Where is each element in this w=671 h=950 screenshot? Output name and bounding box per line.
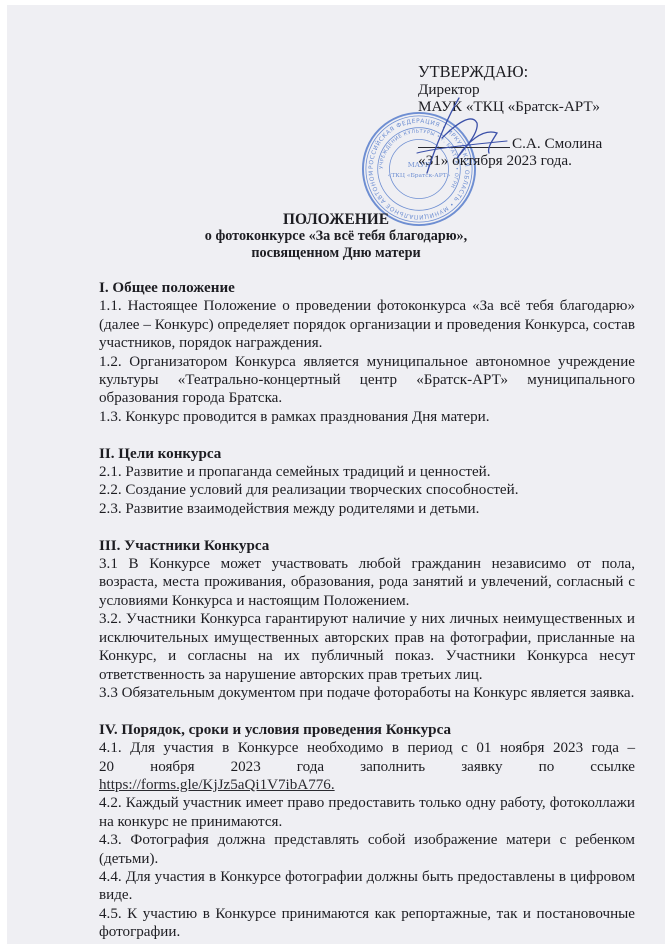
- paragraph-2-2: 2.2. Создание условий для реализации тво…: [99, 481, 635, 499]
- approval-signature-row: С.А. Смолина: [418, 133, 602, 153]
- paragraph-4-1-line-1: 4.1. Для участия в Конкурсе необходимо в…: [99, 739, 635, 757]
- paragraph-4-3: 4.3. Фотография должна представлять собо…: [99, 831, 635, 868]
- approval-signatory: С.А. Смолина: [512, 135, 602, 152]
- title-main: ПОЛОЖЕНИЕ: [7, 211, 665, 228]
- paragraph-2-3: 2.3. Развитие взаимодействия между родит…: [99, 500, 635, 518]
- svg-text:«ТКЦ «Братск-АРТ»: «ТКЦ «Братск-АРТ»: [388, 173, 451, 179]
- paragraph-2-1: 2.1. Развитие и пропаганда семейных трад…: [99, 463, 635, 481]
- approval-heading: УТВЕРЖДАЮ:: [418, 63, 602, 81]
- paragraph-4-5: 4.5. К участию в Конкурсе принимаются ка…: [99, 905, 635, 942]
- paragraph-1-3: 1.3. Конкурс проводится в рамках праздно…: [99, 408, 635, 426]
- approval-block: УТВЕРЖДАЮ: Директор МАУК «ТКЦ «Братск-АР…: [418, 63, 602, 170]
- approval-date: «31» октября 2023 года.: [418, 152, 602, 170]
- signature-line: [418, 133, 510, 148]
- registration-form-link[interactable]: https://forms.gle/KjJz5aQi1V7ibA776.: [99, 777, 335, 793]
- document-body: I. Общее положение 1.1. Настоящее Положе…: [99, 279, 635, 942]
- paragraph-1-2: 1.2. Организатором Конкурса является мун…: [99, 353, 635, 408]
- section-gap: [99, 702, 635, 720]
- section-heading-1: I. Общее положение: [99, 279, 635, 297]
- document-title: ПОЛОЖЕНИЕ о фотоконкурсе «За всё тебя бл…: [7, 211, 665, 262]
- paragraph-4-4: 4.4. Для участия в Конкурсе фотографии д…: [99, 868, 635, 905]
- paragraph-4-2: 4.2. Каждый участник имеет право предост…: [99, 794, 635, 831]
- paragraph-3-3: 3.3 Обязательным документом при подаче ф…: [99, 684, 635, 702]
- approval-position: Директор: [418, 81, 602, 99]
- title-subtitle-1: о фотоконкурсе «За всё тебя благодарю»,: [7, 228, 665, 245]
- section-heading-3: III. Участники Конкурса: [99, 537, 635, 555]
- section-heading-2: II. Цели конкурса: [99, 445, 635, 463]
- approval-spacer: [418, 116, 602, 133]
- paragraph-3-1: 3.1 В Конкурсе может участвовать любой г…: [99, 555, 635, 610]
- title-subtitle-2: посвященном Дню матери: [7, 245, 665, 262]
- paragraph-4-1: 4.1. Для участия в Конкурсе необходимо в…: [99, 739, 635, 794]
- paragraph-4-1-line-2: 20 ноября 2023 года заполнить заявку по …: [99, 758, 635, 776]
- paragraph-1-1: 1.1. Настоящее Положение о проведении фо…: [99, 297, 635, 352]
- document-page: РОССИЙСКАЯ ФЕДЕРАЦИЯ • ИРКУТСКАЯ ОБЛАСТЬ…: [7, 5, 665, 944]
- section-gap: [99, 518, 635, 536]
- paragraph-3-2: 3.2. Участники Конкурса гарантируют нали…: [99, 610, 635, 684]
- section-gap: [99, 426, 635, 444]
- section-heading-4: IV. Порядок, сроки и условия проведения …: [99, 721, 635, 739]
- approval-organization: МАУК «ТКЦ «Братск-АРТ»: [418, 98, 602, 116]
